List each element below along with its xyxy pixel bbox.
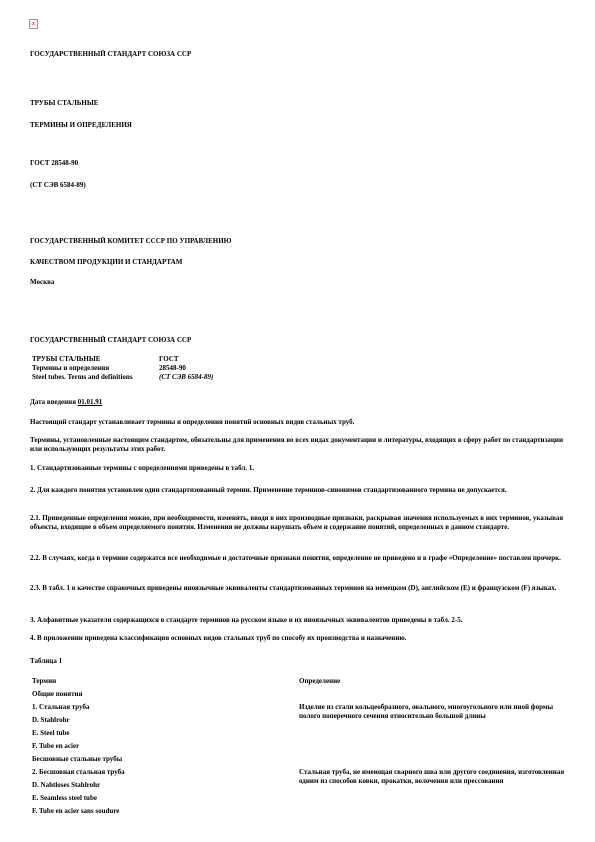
paragraph: 2.2. В случаях, когда в термине содержат…	[30, 554, 570, 563]
table-row: D. Nahtloses Stahlrohr	[32, 781, 125, 794]
cover-city: Москва	[30, 278, 54, 286]
paragraph: 3. Алфавитные указатели содержащихся в с…	[30, 616, 570, 625]
table-caption: Таблица 1	[30, 657, 62, 665]
paragraph: 1. Стандартизованные термины с определен…	[30, 464, 570, 473]
table-row: Общие понятия	[32, 690, 125, 703]
cover-code-alt: (СТ СЭВ 6584-89)	[30, 181, 86, 189]
gost-number: 28548-90	[159, 364, 279, 373]
table-row: Бесшовные стальные трубы	[32, 755, 125, 768]
table-row: 2. Бесшовная стальная труба	[32, 768, 125, 781]
table-row: E. Seamless steel tube	[32, 794, 125, 807]
subtitle-ru: Термины и определения	[32, 364, 157, 373]
paragraph: 2. Для каждого понятия установлен один с…	[30, 486, 570, 495]
title-en: Steel tubes. Terms and definitions	[32, 373, 157, 382]
paragraph: Настоящий стандарт устанавливает термины…	[30, 418, 570, 427]
cover-code: ГОСТ 28548-90	[30, 159, 78, 167]
committee-line1: ГОСУДАРСТВЕННЫЙ КОМИТЕТ СССР ПО УПРАВЛЕН…	[30, 237, 232, 245]
table-row: E. Steel tube	[32, 729, 125, 742]
table-definition: Стальная труба, не имеющая сварного шва …	[299, 768, 569, 786]
date-value: 01.01.91	[78, 398, 103, 406]
cover-title-line2: ТЕРМИНЫ И ОПРЕДЕЛЕНИЯ	[30, 121, 132, 129]
table-row: D. Stahlrohr	[32, 716, 125, 729]
intro-date: Дата введения 01.01.91	[30, 398, 102, 406]
table-row: F. Tube en acier sans soudure	[32, 807, 125, 820]
gost-alt: (СТ СЭВ 6584-89)	[159, 373, 279, 382]
table-header-term: Термин	[32, 677, 125, 690]
title-ru: ТРУБЫ СТАЛЬНЫЕ	[32, 355, 157, 364]
broken-image-icon: x	[29, 19, 38, 29]
terms-column: Термин Общие понятия 1. Стальная труба D…	[32, 677, 125, 820]
table-definition: Изделие из стали кольцеобразного, овальн…	[299, 703, 569, 721]
committee-line2: КАЧЕСТВОМ ПРОДУКЦИИ И СТАНДАРТАМ	[30, 258, 182, 266]
table-header-definition: Определение	[299, 677, 569, 686]
date-label: Дата введения	[30, 398, 78, 406]
paragraph: 4. В приложении приведена классификация …	[30, 634, 570, 643]
paragraph: 2.3. В табл. 1 в качестве справочных при…	[30, 584, 570, 593]
paragraph: 2.1. Приведенные определения можно, при …	[30, 514, 570, 532]
cover-header: ГОСУДАРСТВЕННЫЙ СТАНДАРТ СОЮЗА ССР	[30, 50, 191, 58]
table-row: F. Tube en acier	[32, 742, 125, 755]
gost-label: ГОСТ	[159, 355, 279, 364]
table-row: 1. Стальная труба	[32, 703, 125, 716]
paragraph: Термины, установленные настоящим стандар…	[30, 436, 570, 454]
standard-header: ГОСУДАРСТВЕННЫЙ СТАНДАРТ СОЮЗА ССР	[30, 336, 191, 344]
cover-title-line1: ТРУБЫ СТАЛЬНЫЕ	[30, 99, 98, 107]
